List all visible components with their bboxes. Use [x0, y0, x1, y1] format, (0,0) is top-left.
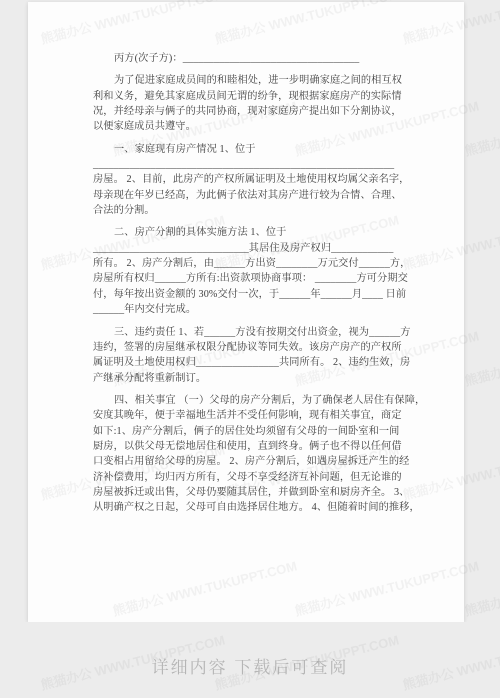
watermark-text: 熊猫办公 WWW.TUKUPPT.COM	[463, 95, 500, 159]
paragraph: 为了促进家庭成员间的和睦相处，进一步明确家庭之间的相互权利和义务，避免其家庭成员…	[93, 73, 405, 134]
document-line: 一、家庭现有房产情况 1、位于	[93, 142, 405, 157]
document-line: 房屋所有权归______方所有:出资款项协商事项： ________方可分期交	[93, 271, 405, 286]
document-line: ________________________________________…	[93, 157, 405, 172]
document-line: 从明确产权之日起，父母可自由选择居住地方。 4、但随着时间的推移，	[93, 500, 405, 515]
document-line: 如下:1、房产分割后，俩子的居住处均须留有父母的一间卧室和一间	[93, 424, 405, 439]
document-page: 丙方(次子方)：________________________________…	[28, 2, 464, 622]
document-line: 二、房产分割的具体实施方法 1、位于	[93, 225, 405, 240]
document-line: ______年内交付完成。	[93, 302, 405, 317]
document-line: 济补偿费用，均归丙方所有，父母不享受经济互补问题，但无论谁的	[93, 470, 405, 485]
document-line: 三、违约责任 1、若______方没有按期交付出资金，视为______方	[93, 325, 405, 340]
document-line: 厨房，以供父母无偿地居住和使用，直到终身。俩子也不得以任何借	[93, 439, 405, 454]
document-line: 安度其晚年，便于幸福地生活并不受任何影响，现有相关事宜，商定	[93, 408, 405, 423]
document-line: 丙方(次子方)：________________________________…	[93, 51, 405, 66]
paragraph: 四、相关事宜 （一）父母的房产分割后，为了确保老人居住有保障，安度其晚年，便于幸…	[93, 393, 405, 516]
paragraph: 丙方(次子方)：________________________________…	[93, 51, 405, 66]
document-line: 利和义务，避免其家庭成员间无谓的纷争，现根据家庭房产的实际情	[93, 89, 405, 104]
watermark-text: 熊猫办公 WWW.TUKUPPT.COM	[463, 555, 500, 619]
document-line: 房屋被拆迁或出售，父母仍要随其居住，并做到卧室和厨房齐全。 3、	[93, 485, 405, 500]
document-line: 母亲现在年岁已经高，为此俩子依法对其房产进行较为合情、合理、	[93, 188, 405, 203]
document-line: ______________________________其居住及房产权归__…	[93, 241, 405, 256]
document-line: 合法的分割。	[93, 203, 405, 218]
document-line: 为了促进家庭成员间的和睦相处，进一步明确家庭之间的相互权	[93, 73, 405, 88]
watermark-text: 熊猫办公 WWW.TUKUPPT.COM	[463, 325, 500, 389]
document-line: 违约，签署的房屋继承权限分配协议等同失效。该房产房产的产权所	[93, 340, 405, 355]
document-line: 况，并经母亲与俩子的共同协商，现对家庭房产提出如下分割协议，	[93, 104, 405, 119]
document-body: 丙方(次子方)：________________________________…	[93, 51, 405, 523]
footer-note: 详细内容 下载后可查阅	[0, 653, 500, 678]
document-line: 属证明及土地使用权归________________共同所有。 2、违约生效，房	[93, 355, 405, 370]
document-line: 口变相占用留给父母的房屋。 2、房产分割后，如遇房屋拆迁产生的经	[93, 454, 405, 469]
paragraph: 一、家庭现有房产情况 1、位于_________________________…	[93, 142, 405, 219]
paragraph: 二、房产分割的具体实施方法 1、位于______________________…	[93, 225, 405, 317]
document-line: 所有。 2、房产分割后，由______方出资________万元交付______…	[93, 256, 405, 271]
document-line: 以便家庭成员共遵守。	[93, 119, 405, 134]
document-line: 产继承分配将重新制订。	[93, 371, 405, 386]
paragraph: 三、违约责任 1、若______方没有按期交付出资金，视为______方违约，签…	[93, 325, 405, 386]
document-line: 付，每年按出资金额的 30%交付一次，于______年______月____ 日…	[93, 287, 405, 302]
document-line: 房屋。 2、目前，此房产的产权所属证明及土地使用权均属父亲名字，	[93, 172, 405, 187]
document-line: 四、相关事宜 （一）父母的房产分割后，为了确保老人居住有保障，	[93, 393, 405, 408]
footer-bar: 详细内容 下载后可查阅	[0, 622, 500, 698]
document-preview-screen: { "colors": { "canvas_background": "#ece…	[0, 0, 500, 698]
